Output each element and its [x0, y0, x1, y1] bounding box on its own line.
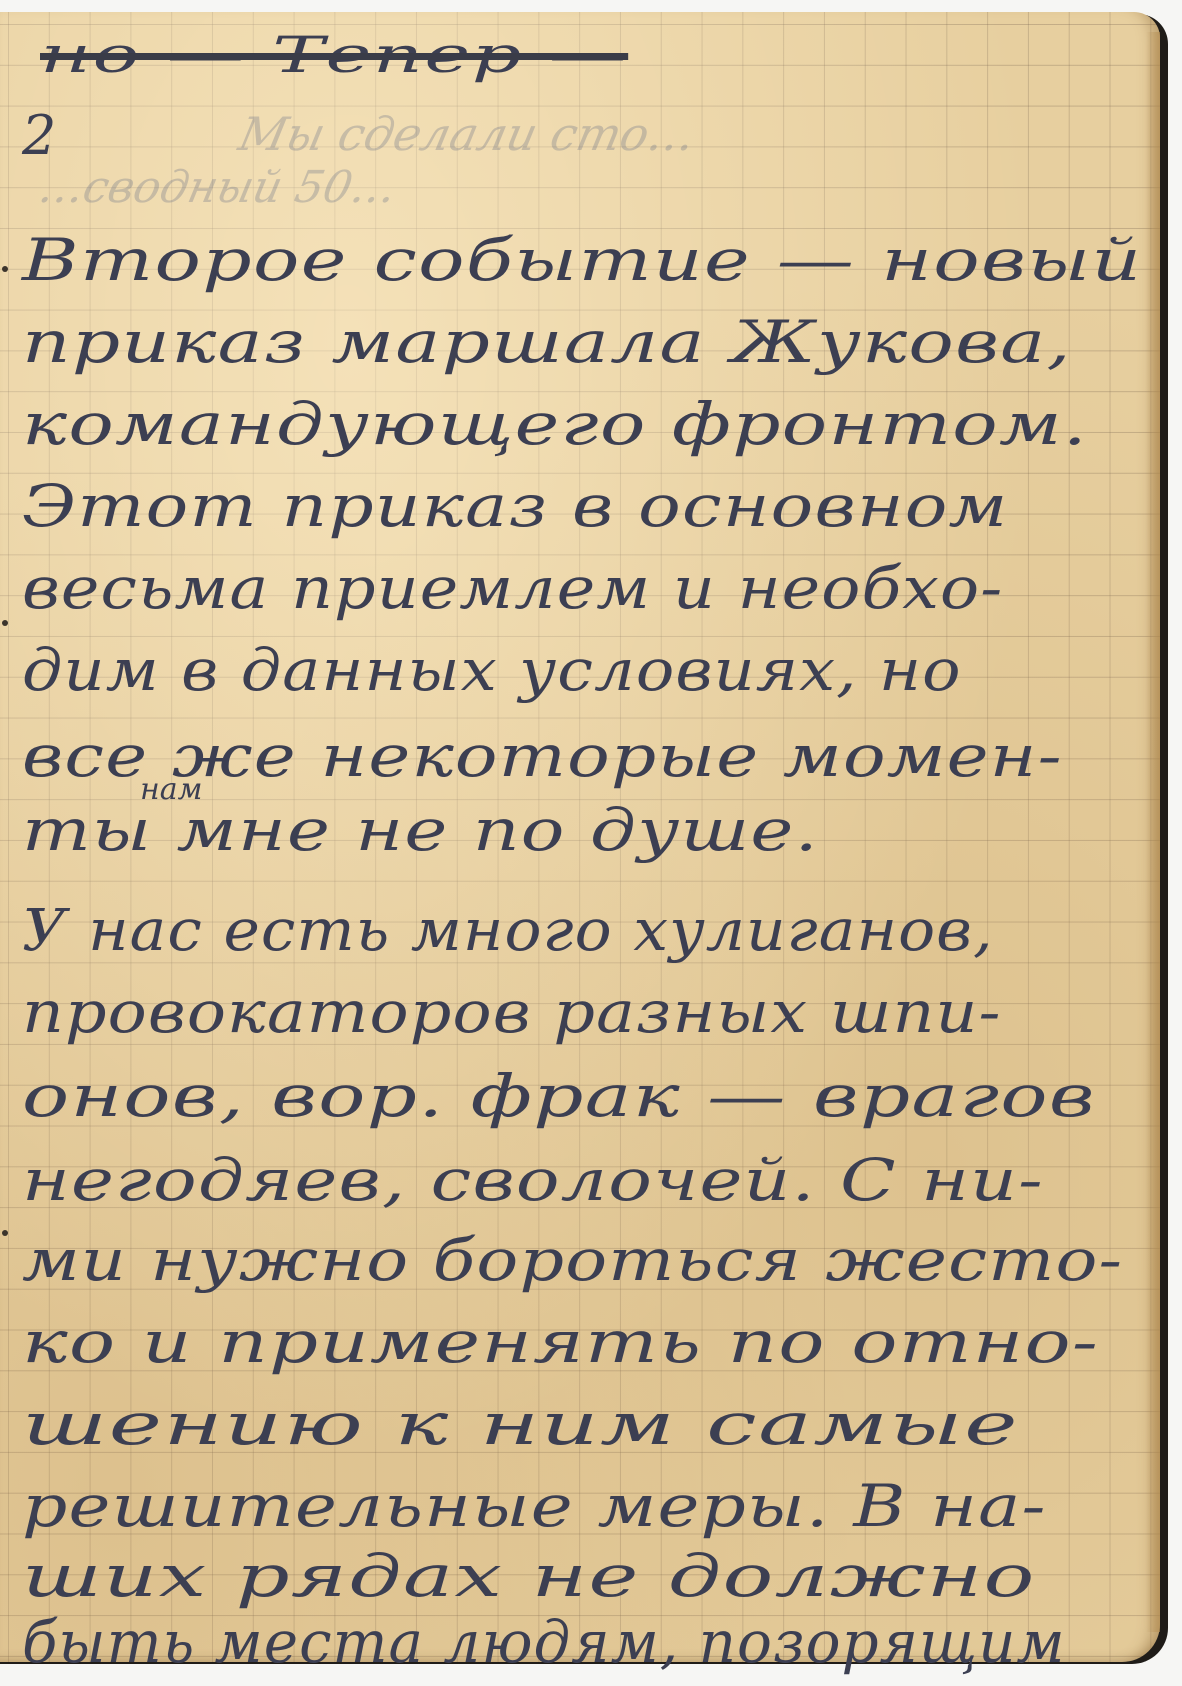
bleed-through-text: …сводный 50… [35, 162, 402, 213]
handwritten-line: онов, вор. фрак — врагов [22, 1062, 1096, 1130]
binding-hole [2, 266, 8, 272]
handwritten-line: провокаторов разных шпи- [22, 978, 1002, 1046]
handwritten-line: негодяев, сволочей. С ни- [22, 1146, 1044, 1214]
handwritten-line: ших рядах не должно [22, 1542, 1036, 1610]
handwritten-line: Этот приказ в основном [22, 472, 1008, 540]
handwritten-line: ми нужно бороться жесто- [22, 1226, 1123, 1294]
handwritten-line: ко и применять по отно- [22, 1308, 1099, 1376]
notebook-page: Мы сделали сто… …сводный 50… но — Тепер … [0, 12, 1160, 1662]
handwritten-line: дим в данных условиях, но [22, 636, 962, 704]
margin-mark: 2 [22, 104, 56, 167]
handwritten-line: Второе событие — новый [22, 226, 1142, 294]
handwritten-line: командующего фронтом. [22, 390, 1088, 458]
handwritten-line: решительные меры. В на- [22, 1472, 1047, 1540]
struck-out-heading: но — Тепер — [40, 26, 628, 84]
binding-hole [2, 620, 8, 626]
bleed-through-text: Мы сделали сто… [234, 107, 700, 161]
handwritten-line: шению к ним самые [22, 1390, 1019, 1458]
page-right-edge [1146, 32, 1160, 1632]
handwritten-line: У нас есть много хулиганов, [22, 896, 994, 964]
handwritten-line: приказ маршала Жукова, [22, 308, 1072, 376]
handwritten-line: весьма приемлем и необхо- [22, 554, 1003, 622]
binding-hole [2, 1230, 8, 1236]
handwritten-line: ты мне не по душе. [22, 796, 819, 864]
handwritten-line: быть места людям, позорящим [22, 1608, 1066, 1676]
